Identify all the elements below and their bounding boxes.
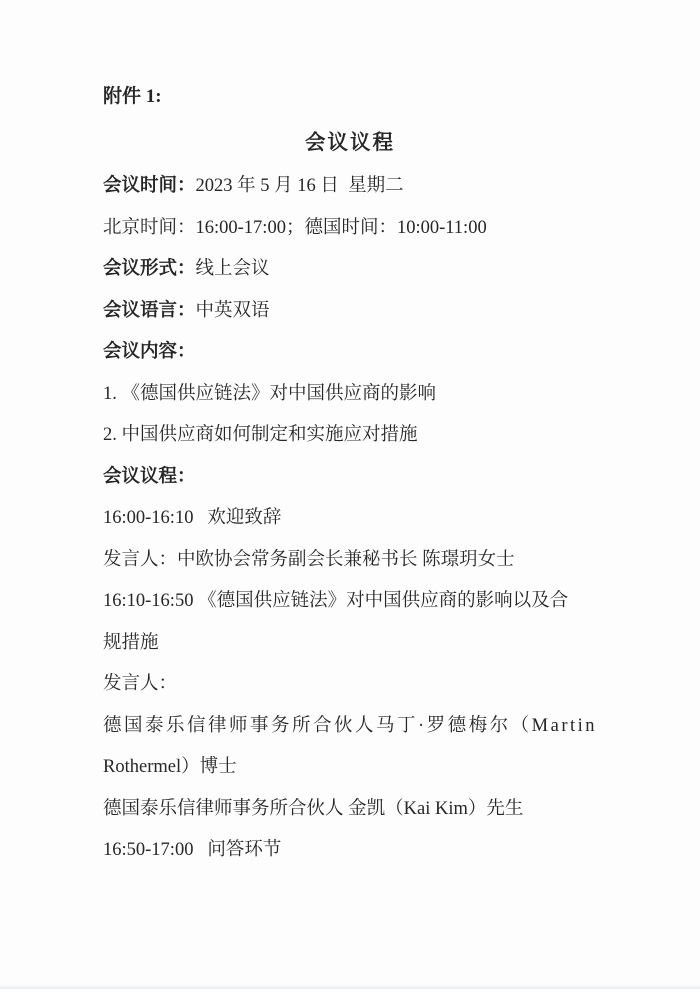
meeting-time-value: 2023 年 5 月 16 日 星期二 — [196, 176, 404, 196]
attachment-label: 附件 1: — [103, 74, 597, 120]
content-item: 2. 中国供应商如何制定和实施应对措施 — [103, 415, 597, 457]
meeting-language-value: 中英双语 — [196, 301, 270, 321]
agenda-line-speaker-chen: 发言人：中欧协会常务副会长兼秘书长 陈璟玥女士 — [103, 540, 597, 582]
agenda-line-speaker-rothermel: 德国泰乐信律师事务所合伙人马丁·罗德梅尔（Martin — [103, 706, 597, 748]
meeting-language-label: 会议语言： — [103, 301, 196, 321]
meeting-format-value: 线上会议 — [196, 259, 270, 279]
meeting-format-line: 会议形式：线上会议 — [103, 249, 597, 291]
document-content: 附件 1: 会议议程 会议时间：2023 年 5 月 16 日 星期二 北京时间… — [0, 0, 700, 872]
document-title: 会议议程 — [103, 120, 597, 166]
meeting-time-line: 会议时间：2023 年 5 月 16 日 星期二 — [103, 166, 597, 208]
document-page: 附件 1: 会议议程 会议时间：2023 年 5 月 16 日 星期二 北京时间… — [0, 0, 700, 989]
meeting-language-line: 会议语言：中英双语 — [103, 291, 597, 333]
agenda-line-speakers-label: 发言人： — [103, 664, 597, 706]
agenda-line-topic-wrap: 规措施 — [103, 623, 597, 665]
agenda-line-qa: 16:50-17:00 问答环节 — [103, 830, 597, 872]
content-item: 1. 《德国供应链法》对中国供应商的影响 — [103, 374, 597, 416]
meeting-time-label: 会议时间： — [103, 176, 196, 196]
agenda-section-label: 会议议程： — [103, 457, 597, 499]
agenda-line-welcome: 16:00-16:10 欢迎致辞 — [103, 498, 597, 540]
content-section-label: 会议内容： — [103, 332, 597, 374]
meeting-format-label: 会议形式： — [103, 259, 196, 279]
agenda-line-topic: 16:10-16:50 《德国供应链法》对中国供应商的影响以及合 — [103, 581, 597, 623]
timezone-line: 北京时间：16:00-17:00；德国时间：10:00-11:00 — [103, 208, 597, 250]
agenda-line-speaker-rothermel-wrap: Rothermel）博士 — [103, 747, 597, 789]
agenda-line-speaker-kim: 德国泰乐信律师事务所合伙人 金凯（Kai Kim）先生 — [103, 789, 597, 831]
